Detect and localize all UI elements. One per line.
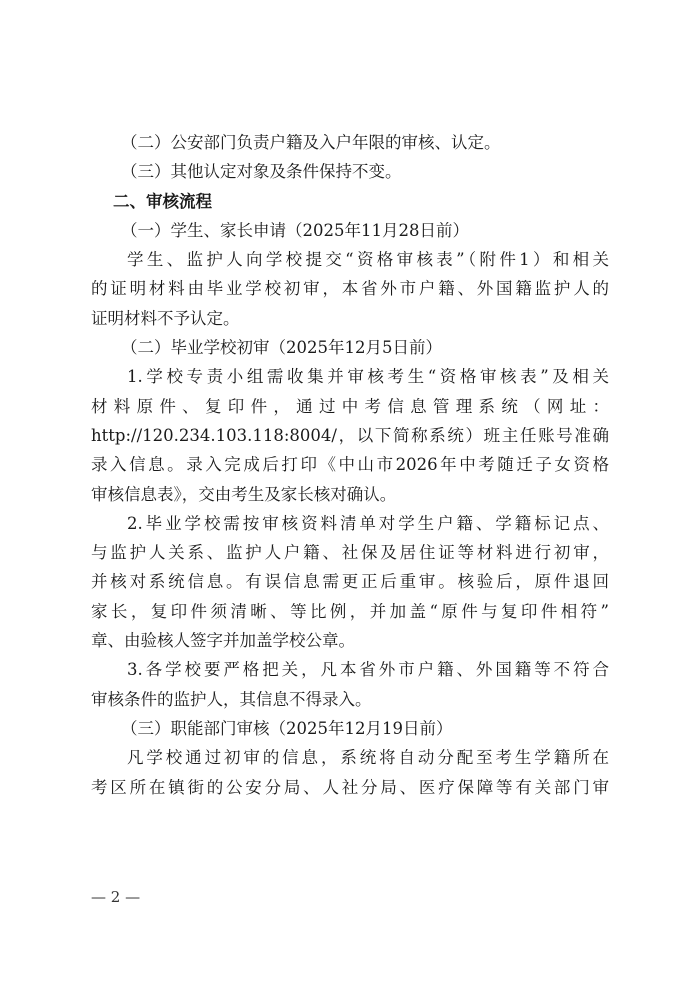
paragraph-line: 凡学校通过初审的信息，系统将自动分配至考生学籍所在 — [91, 743, 609, 772]
paragraph-line: 3.各学校要严格把关，凡本省外市户籍、外国籍等不符合 — [91, 655, 609, 684]
paragraph-line: 并核对系统信息。有误信息需更正后重审。核验后，原件退回 — [91, 567, 609, 596]
item-line: （二）毕业学校初审（2025年12月5日前） — [91, 333, 609, 362]
paragraph-line: 学生、监护人向学校提交“资格审核表”（附件1）和相关 — [91, 245, 609, 274]
paragraph-line: 考区所在镇街的公安分局、人社分局、医疗保障等有关部门审 — [91, 773, 609, 802]
page-number: — 2 — — [91, 888, 140, 906]
paragraph-line: 家长，复印件须清晰、等比例，并加盖“原件与复印件相符” — [91, 597, 609, 626]
paragraph-line: 审核信息表》，交由考生及家长核对确认。 — [91, 480, 609, 509]
item-line: （一）学生、家长申请（2025年11月28日前） — [91, 216, 609, 245]
paragraph-line: http://120.234.103.118:8004/，以下简称系统）班主任账… — [91, 421, 609, 450]
paragraph-line: 的证明材料由毕业学校初审，本省外市户籍、外国籍监护人的 — [91, 274, 609, 303]
paragraph-line: 材料原件、复印件，通过中考信息管理系统（网址： — [91, 392, 609, 421]
paragraph-line: 2.毕业学校需按审核资料清单对学生户籍、学籍标记点、 — [91, 509, 609, 538]
paragraph-line: 与监护人关系、监护人户籍、社保及居住证等材料进行初审， — [91, 538, 609, 567]
section-heading: 二、审核流程 — [91, 187, 609, 216]
item-line: （二）公安部门负责户籍及入户年限的审核、认定。 — [91, 128, 609, 157]
paragraph-line: 审核条件的监护人，其信息不得录入。 — [91, 685, 609, 714]
paragraph-line: 证明材料不予认定。 — [91, 304, 609, 333]
item-line: （三）职能部门审核（2025年12月19日前） — [91, 714, 609, 743]
paragraph-line: 章、由验核人签字并加盖学校公章。 — [91, 626, 609, 655]
paragraph-line: 录入信息。录入完成后打印《中山市2026年中考随迁子女资格 — [91, 450, 609, 479]
document-body: （二）公安部门负责户籍及入户年限的审核、认定。 （三）其他认定对象及条件保持不变… — [91, 128, 609, 802]
item-line: （三）其他认定对象及条件保持不变。 — [91, 157, 609, 186]
paragraph-line: 1.学校专责小组需收集并审核考生“资格审核表”及相关 — [91, 362, 609, 391]
